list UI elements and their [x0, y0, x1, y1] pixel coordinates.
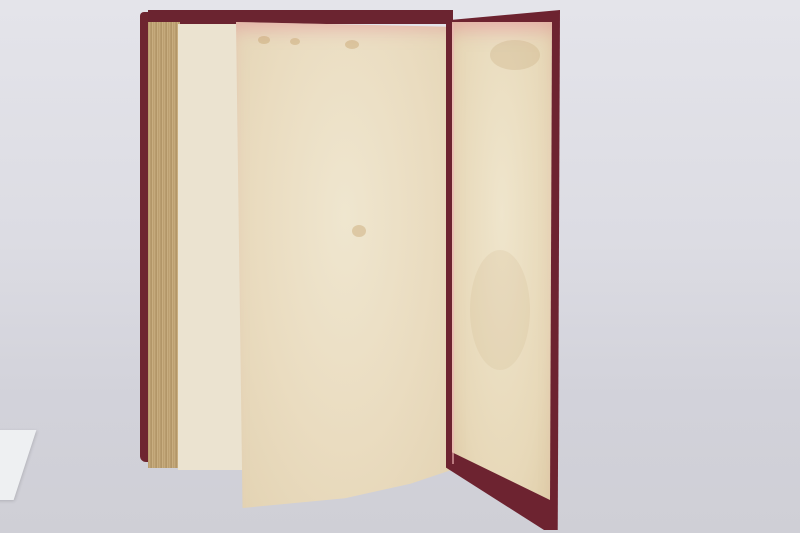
foxing-spot	[258, 36, 270, 44]
foxing-spot	[470, 250, 530, 370]
book-cover-top-edge	[148, 10, 453, 24]
foxing-spot	[352, 225, 366, 237]
page-fold-line	[452, 24, 454, 464]
foxing-spot	[290, 38, 300, 45]
foxing-spot	[345, 40, 359, 49]
foxing-spot	[490, 40, 540, 70]
book-page-edges	[148, 22, 180, 468]
paper-sheet-corner	[0, 430, 36, 500]
blank-flyleaf-page	[236, 22, 454, 508]
